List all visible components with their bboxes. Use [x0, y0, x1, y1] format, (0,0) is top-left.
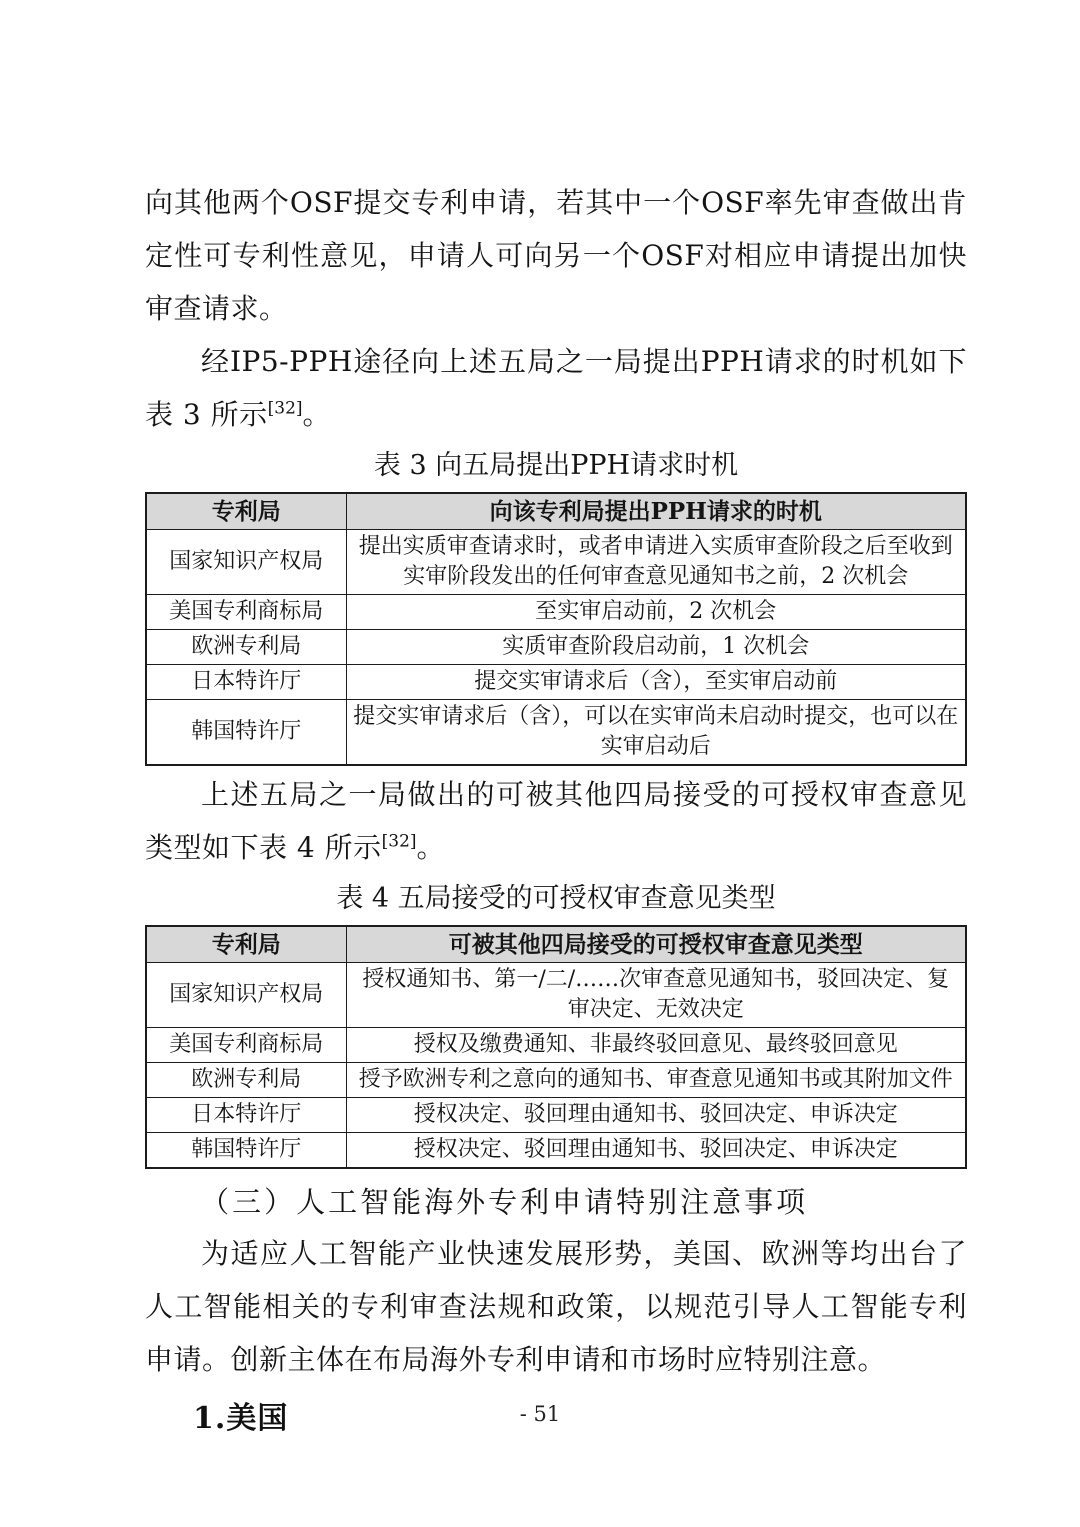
- table-row: 美国专利商标局 授权及缴费通知、非最终驳回意见、最终驳回意见: [146, 1028, 966, 1063]
- table4-office-cnipa: 国家知识产权局: [146, 963, 346, 1028]
- table4-types-jpo: 授权决定、驳回理由通知书、驳回决定、申诉决定: [346, 1098, 966, 1133]
- table3-pph-request-timing: 专利局 向该专利局提出PPH请求的时机 国家知识产权局 提出实质审查请求时，或者…: [145, 492, 967, 766]
- table4-office-epo: 欧洲专利局: [146, 1063, 346, 1098]
- table-row: 韩国特许厅 授权决定、驳回理由通知书、驳回决定、申诉决定: [146, 1133, 966, 1169]
- page-number: - 51: [0, 1402, 1080, 1426]
- page-content: 向其他两个OSF提交专利申请，若其中一个OSF率先审查做出肯定性可专利性意见，申…: [145, 176, 967, 1444]
- table4-header-row: 专利局 可被其他四局接受的可授权审查意见类型: [146, 926, 966, 963]
- document-page: 向其他两个OSF提交专利申请，若其中一个OSF率先审查做出肯定性可专利性意见，申…: [0, 0, 1080, 1527]
- table4-office-jpo: 日本特许厅: [146, 1098, 346, 1133]
- table4-header-office: 专利局: [146, 926, 346, 963]
- table3-timing-jpo: 提交实审请求后（含），至实审启动前: [346, 665, 966, 700]
- table3-office-uspto: 美国专利商标局: [146, 595, 346, 630]
- table3-caption: 表 3 向五局提出PPH请求时机: [145, 444, 967, 488]
- paragraph-opinion-types-intro: 上述五局之一局做出的可被其他四局接受的可授权审查意见类型如下表 4 所示[32]…: [145, 768, 967, 874]
- paragraph-pph-timing-intro: 经IP5-PPH途径向上述五局之一局提出PPH请求的时机如下表 3 所示[32]…: [145, 335, 967, 441]
- table3-timing-kipo: 提交实审请求后（含），可以在实审尚未启动时提交，也可以在实审启动后: [346, 700, 966, 766]
- table4-types-epo: 授予欧洲专利之意向的通知书、审查意见通知书或其附加文件: [346, 1063, 966, 1098]
- table3-header-timing: 向该专利局提出PPH请求的时机: [346, 493, 966, 530]
- table4-header-opinion-types: 可被其他四局接受的可授权审查意见类型: [346, 926, 966, 963]
- table3-timing-epo: 实质审查阶段启动前，1 次机会: [346, 630, 966, 665]
- table-row: 欧洲专利局 授予欧洲专利之意向的通知书、审查意见通知书或其附加文件: [146, 1063, 966, 1098]
- table3-header-row: 专利局 向该专利局提出PPH请求的时机: [146, 493, 966, 530]
- table3-timing-uspto: 至实审启动前，2 次机会: [346, 595, 966, 630]
- table-row: 美国专利商标局 至实审启动前，2 次机会: [146, 595, 966, 630]
- table4-accepted-opinion-types: 专利局 可被其他四局接受的可授权审查意见类型 国家知识产权局 授权通知书、第一/…: [145, 925, 967, 1169]
- table4-types-uspto: 授权及缴费通知、非最终驳回意见、最终驳回意见: [346, 1028, 966, 1063]
- section-heading-ai-overseas-notes: （三）人工智能海外专利申请特别注意事项: [145, 1177, 967, 1227]
- table4-office-kipo: 韩国特许厅: [146, 1133, 346, 1169]
- table-row: 国家知识产权局 提出实质审查请求时，或者申请进入实质审查阶段之后至收到实审阶段发…: [146, 530, 966, 595]
- table-row: 韩国特许厅 提交实审请求后（含），可以在实审尚未启动时提交，也可以在实审启动后: [146, 700, 966, 766]
- table-row: 日本特许厅 提交实审请求后（含），至实审启动前: [146, 665, 966, 700]
- paragraph-text: 上述五局之一局做出的可被其他四局接受的可授权审查意见类型如下表 4 所示: [145, 778, 967, 864]
- table4-types-kipo: 授权决定、驳回理由通知书、驳回决定、申诉决定: [346, 1133, 966, 1169]
- table3-office-kipo: 韩国特许厅: [146, 700, 346, 766]
- paragraph-tail: 。: [303, 398, 332, 431]
- table3-office-cnipa: 国家知识产权局: [146, 530, 346, 595]
- table4-caption: 表 4 五局接受的可授权审查意见类型: [145, 877, 967, 921]
- paragraph-ai-policy: 为适应人工智能产业快速发展形势，美国、欧洲等均出台了人工智能相关的专利审查法规和…: [145, 1227, 967, 1386]
- paragraph-osf-continuation: 向其他两个OSF提交专利申请，若其中一个OSF率先审查做出肯定性可专利性意见，申…: [145, 176, 967, 335]
- table3-office-epo: 欧洲专利局: [146, 630, 346, 665]
- table4-office-uspto: 美国专利商标局: [146, 1028, 346, 1063]
- table4-types-cnipa: 授权通知书、第一/二/……次审查意见通知书，驳回决定、复审决定、无效决定: [346, 963, 966, 1028]
- table3-header-office: 专利局: [146, 493, 346, 530]
- table-row: 国家知识产权局 授权通知书、第一/二/……次审查意见通知书，驳回决定、复审决定、…: [146, 963, 966, 1028]
- table3-office-jpo: 日本特许厅: [146, 665, 346, 700]
- table-row: 欧洲专利局 实质审查阶段启动前，1 次机会: [146, 630, 966, 665]
- paragraph-tail: 。: [417, 831, 446, 864]
- table3-timing-cnipa: 提出实质审查请求时，或者申请进入实质审查阶段之后至收到实审阶段发出的任何审查意见…: [346, 530, 966, 595]
- table-row: 日本特许厅 授权决定、驳回理由通知书、驳回决定、申诉决定: [146, 1098, 966, 1133]
- footnote-reference-32: [32]: [268, 399, 303, 419]
- footnote-reference-32: [32]: [382, 832, 417, 852]
